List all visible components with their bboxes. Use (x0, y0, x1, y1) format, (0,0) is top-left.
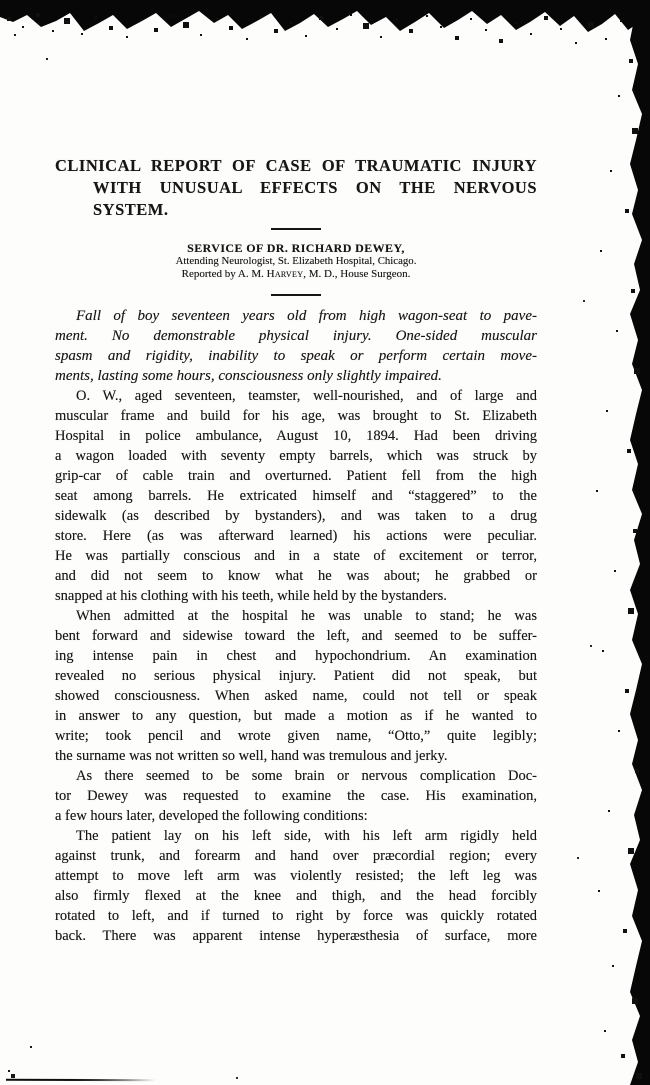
body-paragraph: The patient lay on his left side, with h… (55, 826, 537, 946)
attending-line: Attending Neurologist, St. Elizabeth Hos… (55, 255, 537, 268)
text-line: spasm and rigidity, inability to speak o… (55, 346, 537, 366)
text-line: the surname was not written so well, han… (55, 746, 537, 766)
report-body: O. W., aged seventeen, teamster, well-no… (55, 386, 537, 946)
section-divider (271, 294, 321, 296)
text-line: also firmly flexed at the knee and thigh… (55, 886, 537, 906)
text-line: The patient lay on his left side, with h… (55, 826, 537, 846)
text-line: and did not seem to know what he was abo… (55, 566, 537, 586)
body-paragraph: When admitted at the hospital he was una… (55, 606, 537, 766)
text-line: revealed no serious physical injury. Pat… (55, 666, 537, 686)
text-line: He was partially conscious and in a stat… (55, 546, 537, 566)
reporter-name: Harvey (267, 268, 304, 280)
text-line: When admitted at the hospital he was una… (55, 606, 537, 626)
reported-prefix: Reported by A. M. (182, 268, 267, 280)
byline: SERVICE OF DR. RICHARD DEWEY, Attending … (55, 241, 537, 281)
text-line: Fall of boy seventeen years old from hig… (55, 306, 537, 326)
text-line: back. There was apparent intense hyperæs… (55, 926, 537, 946)
text-line: sidewalk (as described by bystanders), a… (55, 506, 537, 526)
service-line: SERVICE OF DR. RICHARD DEWEY, (55, 241, 537, 255)
title-line-3: SYSTEM. (93, 199, 537, 221)
text-line: ment. No demonstrable physical injury. O… (55, 326, 537, 346)
text-line: tor Dewey was requested to examine the c… (55, 786, 537, 806)
text-line: a few hours later, developed the followi… (55, 806, 537, 826)
reported-line: Reported by A. M. Harvey, M. D., House S… (55, 268, 537, 281)
text-line: rotated to left, and if turned to right … (55, 906, 537, 926)
text-line: store. Here (as was afterward learned) h… (55, 526, 537, 546)
text-line: write; took pencil and wrote given name,… (55, 726, 537, 746)
text-line: As there seemed to be some brain or nerv… (55, 766, 537, 786)
text-line: attempt to move left arm was violently r… (55, 866, 537, 886)
reported-suffix: , M. D., House Surgeon. (303, 268, 410, 280)
text-line: in answer to any question, but made a mo… (55, 706, 537, 726)
text-line: against trunk, and forearm and hand over… (55, 846, 537, 866)
section-divider (271, 228, 321, 230)
text-line: snapped at his clothing with his teeth, … (55, 586, 537, 606)
title-line-2: WITH UNUSUAL EFFECTS ON THE NERVOUS (93, 177, 537, 199)
body-paragraph: O. W., aged seventeen, teamster, well-no… (55, 386, 537, 606)
text-line: bent forward and sidewise toward the lef… (55, 626, 537, 646)
text-line: showed consciousness. When asked name, c… (55, 686, 537, 706)
title-line-1: CLINICAL REPORT OF CASE OF TRAUMATIC INJ… (55, 155, 537, 177)
scan-noise-misc (0, 0, 2, 2)
text-line: grip-car of cable train and overturned. … (55, 466, 537, 486)
torn-edge-right (624, 0, 650, 1085)
article-title: CLINICAL REPORT OF CASE OF TRAUMATIC INJ… (55, 155, 537, 221)
text-line: a wagon loaded with seventy empty barrel… (55, 446, 537, 466)
text-line: ments, lasting some hours, consciousness… (55, 366, 537, 386)
case-summary: Fall of boy seventeen years old from hig… (55, 306, 537, 386)
text-line: Hospital in police ambulance, August 10,… (55, 426, 537, 446)
scan-artifact-line (6, 1079, 156, 1082)
text-line: muscular frame and build for his age, wa… (55, 406, 537, 426)
scanned-page: CLINICAL REPORT OF CASE OF TRAUMATIC INJ… (0, 0, 650, 1085)
body-paragraph: As there seemed to be some brain or nerv… (55, 766, 537, 826)
article: CLINICAL REPORT OF CASE OF TRAUMATIC INJ… (55, 0, 537, 946)
text-line: seat among barrels. He extricated himsel… (55, 486, 537, 506)
text-line: O. W., aged seventeen, teamster, well-no… (55, 386, 537, 406)
text-line: ing intense pain in chest and hypochondr… (55, 646, 537, 666)
